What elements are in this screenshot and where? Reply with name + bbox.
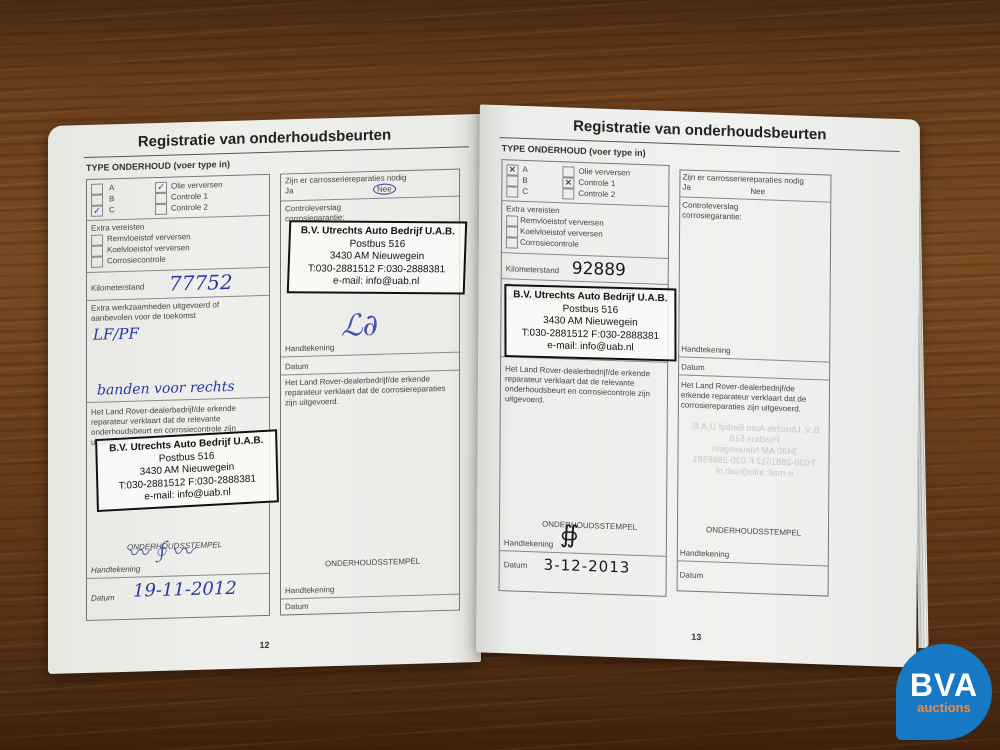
control2-label: Controle 2 [578, 189, 615, 199]
extra-1-label: Remvloeistof verversen [520, 216, 604, 228]
signature-label: Handtekening [285, 343, 334, 353]
stamp-label: ONDERHOUDSSTEMPEL [542, 520, 637, 532]
maintenance-form: ✕ A B C Olie verversen ✕ Controle 1 Cont… [499, 159, 670, 597]
stamp-label: ONDERHOUDSSTEMPEL [706, 525, 801, 537]
extra-label: Extra vereisten [91, 222, 144, 232]
report-label-1: Controleverslag [285, 203, 341, 214]
signature: ℒ∂ [341, 308, 378, 344]
stamp-line-2: Postbus 516 [294, 238, 460, 252]
extra-3-label: Corrosiecontrole [107, 255, 166, 266]
dealer-stamp: B.V. Utrechts Auto Bedrijf U.A.B. Postbu… [287, 220, 467, 294]
checkbox-extra-2 [91, 246, 103, 257]
stamp-line-5: e-mail: info@uab.nl [293, 275, 459, 289]
no-label: Nee [750, 187, 765, 197]
declaration-text: Het Land Rover-dealerbedrijf/de erkende … [285, 374, 455, 409]
divider [679, 374, 829, 380]
type-a-label: A [522, 165, 527, 174]
checkbox-type-c [506, 186, 518, 197]
km-value-handwritten: 77752 [169, 270, 233, 296]
logo-sub: auctions [917, 701, 970, 715]
checkbox-type-a-checked: ✕ [506, 164, 518, 175]
yes-label: Ja [682, 182, 691, 191]
date-label: Datum [285, 362, 309, 372]
divider [679, 356, 829, 362]
report-label-2: corrosiegarantie: [682, 210, 742, 221]
checkbox-oil-checked: ✓ [155, 182, 167, 193]
signature-label: Handtekening [681, 344, 730, 355]
date-handwritten: 19-11-2012 [133, 578, 237, 602]
page-title: Registratie van onderhoudsbeurten [480, 114, 920, 146]
page-number: 13 [476, 624, 916, 649]
signature-label: Handtekening [680, 548, 729, 559]
checkbox-control1 [155, 193, 167, 204]
page-13: Registratie van onderhoudsbeurten TYPE O… [476, 104, 920, 667]
checkbox-type-b [91, 195, 103, 206]
page-number: 12 [48, 634, 481, 656]
corrosion-form: Zijn er carrosseriereparaties nodig Ja N… [677, 169, 832, 596]
no-label-circled: Nee [373, 183, 396, 195]
work-note-handwritten: LF/PF [93, 325, 139, 344]
checkbox-extra-1 [506, 215, 518, 226]
control2-label: Controle 2 [171, 203, 208, 213]
checkbox-control2 [562, 188, 574, 199]
divider [500, 550, 666, 557]
extra-2-label: Koelvloeistof verversen [107, 243, 190, 254]
stamp-line-1: B.V. Utrechts Auto Bedrijf U.A.B. [295, 225, 461, 239]
page-12: Registratie van onderhoudsbeurten TYPE O… [48, 114, 481, 674]
checkbox-control1-checked: ✕ [562, 177, 574, 188]
checkbox-extra-1 [91, 235, 103, 246]
repair-question: Zijn er carrosseriereparaties nodig [682, 172, 803, 185]
declaration-text: Het Land Rover-dealerbedrijf/de erkende … [505, 364, 663, 410]
km-label: Kilometerstand [91, 282, 144, 292]
type-b-label: B [109, 194, 114, 203]
km-value-handwritten: 92889 [572, 259, 626, 281]
checkbox-extra-2 [506, 226, 518, 237]
bva-auctions-logo: BVA auctions [896, 644, 992, 740]
extra-label: Extra vereisten [506, 204, 559, 215]
date-label: Datum [91, 593, 115, 603]
date-label: Datum [504, 560, 528, 570]
work-label-1: Extra werkzaamheden uitgevoerd of [91, 300, 219, 313]
signature-label: Handtekening [285, 585, 334, 595]
checkbox-type-b [506, 175, 518, 186]
stamp-label: ONDERHOUDSSTEMPEL [325, 557, 420, 569]
type-label: TYPE ONDERHOUD (voer type in) [502, 143, 646, 158]
bleed-through-stamp: B.V. Utrechts Auto Bedrijf U.A.B. Postbu… [684, 421, 824, 481]
work-note-2-handwritten: banden voor rechts [97, 379, 235, 399]
extra-2-label: Koelvloeistof verversen [520, 227, 603, 239]
date-label: Datum [285, 602, 309, 612]
checkbox-type-a [91, 184, 103, 195]
stamp-line-4: T:030-2881512 F:030-2888381 [293, 263, 459, 277]
checkbox-extra-3 [506, 237, 518, 248]
divider [502, 252, 668, 259]
divider [678, 560, 828, 566]
type-a-label: A [109, 183, 114, 192]
control1-label: Controle 1 [578, 178, 615, 188]
date-label: Datum [681, 362, 705, 372]
type-label: TYPE ONDERHOUD (voer type in) [86, 159, 230, 173]
maintenance-form: A B ✓ C ✓ Olie verversen Controle 1 Cont… [86, 174, 270, 621]
work-label-2: aanbevolen voor de toekomst [91, 311, 196, 323]
declaration-text: Het Land Rover-dealerbedrijf/de erkende … [681, 380, 825, 415]
type-c-label: C [522, 187, 528, 196]
checkbox-control2 [155, 204, 167, 215]
date-label: Datum [680, 570, 704, 580]
km-label: Kilometerstand [506, 264, 559, 275]
dealer-stamp: B.V. Utrechts Auto Bedrijf U.A.B. Postbu… [95, 429, 279, 511]
control1-label: Controle 1 [171, 192, 208, 202]
maintenance-booklet: Registratie van onderhoudsbeurten TYPE O… [46, 108, 926, 673]
divider [281, 196, 459, 202]
signature-label: Handtekening [91, 564, 140, 574]
divider [87, 295, 269, 301]
type-b-label: B [522, 176, 527, 185]
extra-3-label: Corrosiecontrole [520, 238, 579, 249]
stamp-line-3: 3430 AM Nieuwegein [294, 250, 460, 264]
signature-label: Handtekening [504, 538, 553, 549]
checkbox-oil [562, 166, 574, 177]
checkbox-extra-3 [91, 257, 103, 268]
checkbox-type-c-checked: ✓ [91, 206, 103, 217]
yes-label: Ja [285, 186, 293, 195]
oil-label: Olie verversen [171, 180, 223, 190]
signature: 〰∮〰 [127, 535, 193, 568]
logo-brand: BVA [910, 669, 978, 701]
type-c-label: C [109, 205, 115, 214]
date-handwritten: 3-12-2013 [544, 556, 631, 577]
extra-1-label: Remvloeistof verversen [107, 232, 191, 243]
oil-label: Olie verversen [578, 167, 630, 178]
signature: ∯ [560, 520, 579, 549]
divider [87, 215, 269, 221]
dealer-stamp: B.V. Utrechts Auto Bedrijf U.A.B. Postbu… [504, 284, 676, 361]
